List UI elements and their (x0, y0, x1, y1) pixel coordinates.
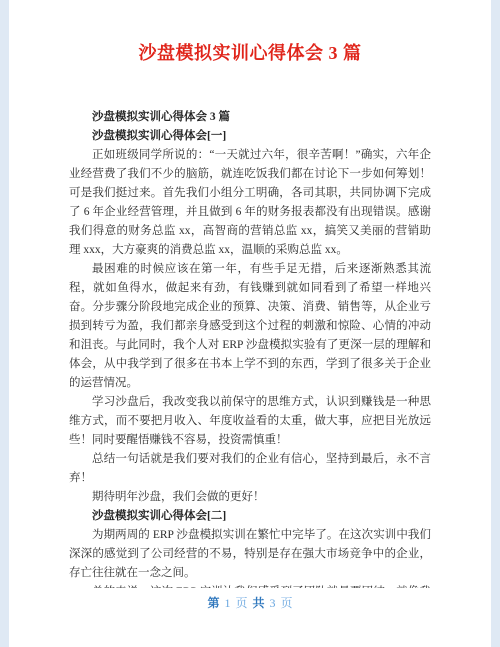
footer-total-pages: 3 (270, 596, 276, 610)
document-body: 沙盘模拟实训心得体会 3 篇沙盘模拟实训心得体会[一]正如班级同学所说的：“一天… (69, 108, 431, 588)
body-paragraph: 最困难的时候应该在第一年，有些手足无措，后来逐渐熟悉其流程，就如鱼得水，做起来有… (69, 260, 431, 393)
right-edge-strip (491, 0, 500, 647)
footer-label-first: 第 (207, 596, 219, 610)
footer-label-page-b: 页 (281, 596, 293, 610)
section-heading: 沙盘模拟实训心得体会[一] (69, 127, 431, 146)
section-heading: 沙盘模拟实训心得体会[二] (69, 507, 431, 526)
footer-label-of: 共 (253, 596, 265, 610)
section-heading: 沙盘模拟实训心得体会 3 篇 (69, 108, 431, 127)
page-footer: 第1页共3页 (0, 595, 500, 611)
body-paragraph: 期待明年沙盘，我们会做的更好！ (69, 488, 431, 507)
body-paragraph: 为期两周的 ERP 沙盘模拟实训在繁忙中完毕了。在这次实训中我们深深的感觉到了公… (69, 526, 431, 583)
body-paragraph: 正如班级同学所说的：“一天就过六年，很辛苦啊！”确实，六年企业经营费了我们不少的… (69, 146, 431, 260)
document-page: 沙盘模拟实训心得体会 3 篇 沙盘模拟实训心得体会 3 篇沙盘模拟实训心得体会[… (0, 0, 500, 647)
body-paragraph: 总的来说，这次 ERP 实训让我们感受到了团队就是要团结，就像我们的口号说的“团… (69, 583, 431, 588)
left-edge-strip (0, 0, 9, 647)
footer-label-page-a: 页 (235, 596, 247, 610)
document-title: 沙盘模拟实训心得体会 3 篇 (20, 40, 480, 66)
footer-current-page: 1 (224, 596, 230, 610)
body-paragraph: 总结一句话就是我们要对我们的企业有信心，坚持到最后，永不言弃！ (69, 450, 431, 488)
body-paragraph: 学习沙盘后，我改变我以前保守的思维方式，认识到赚钱是一种思维方式，而不要把月收入… (69, 393, 431, 450)
